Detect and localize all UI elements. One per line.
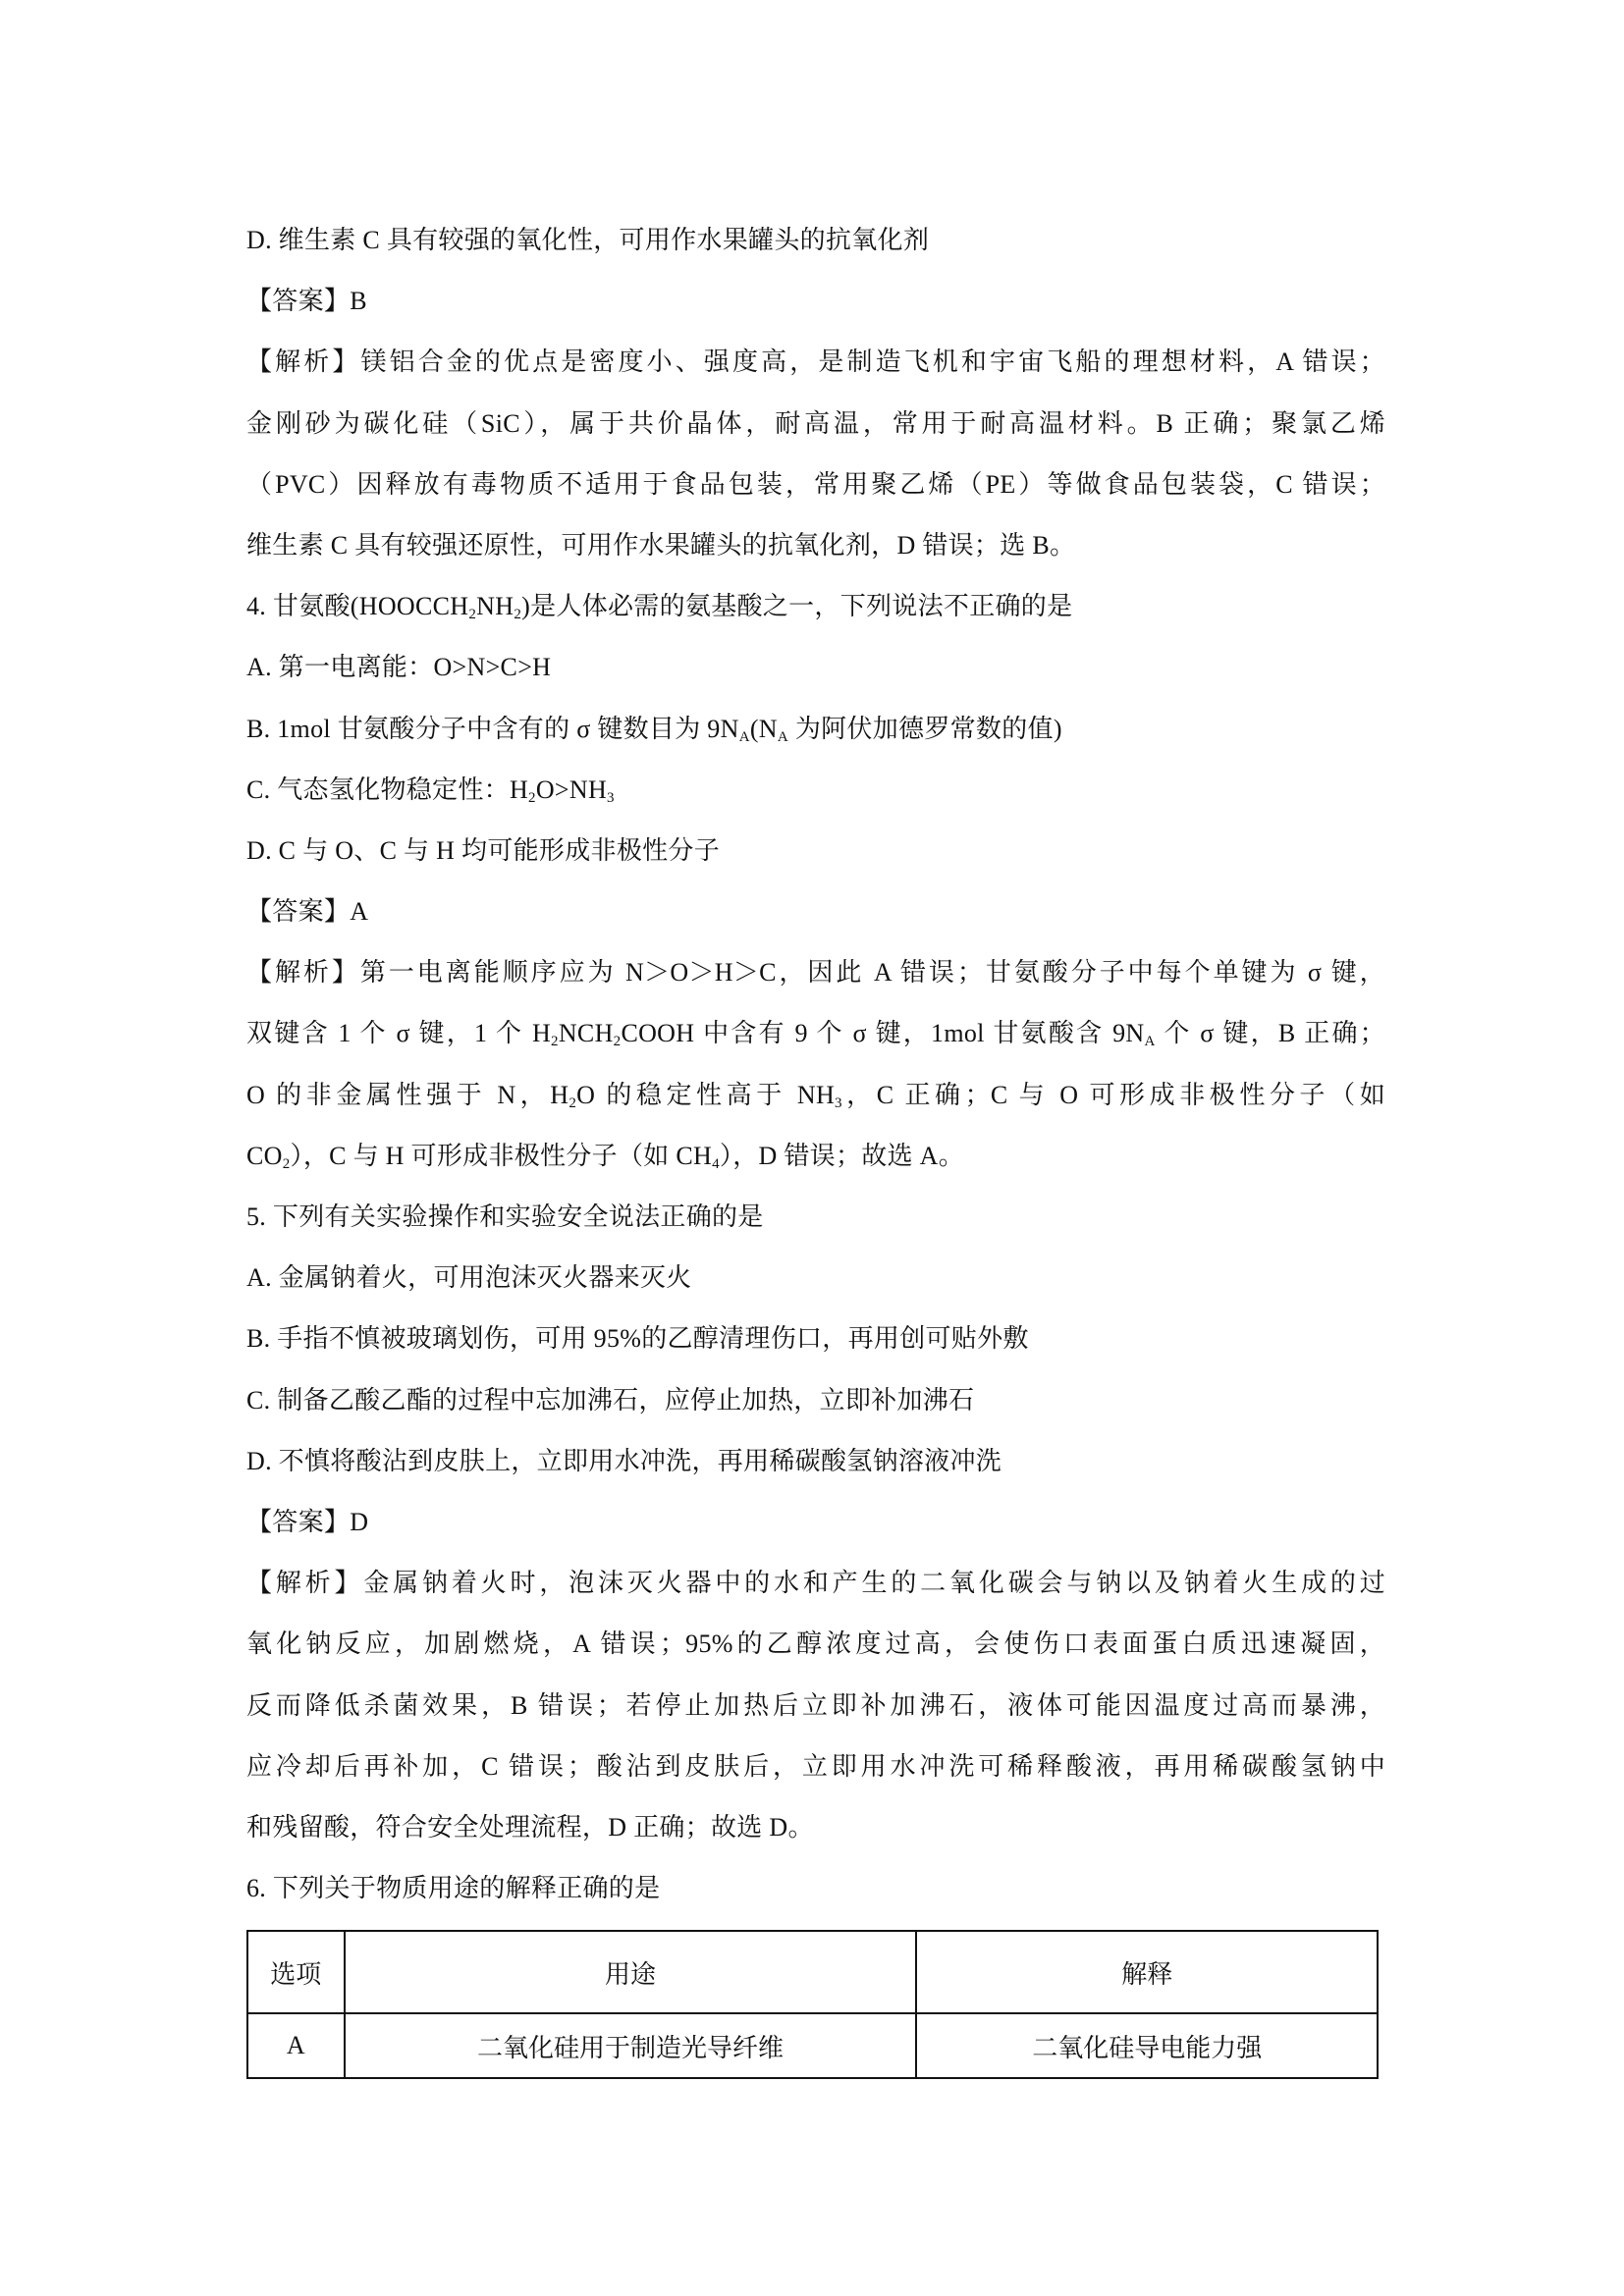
text-segment: 【答案】D [246,1508,368,1536]
text-segment: COOH 中含有 9 个 σ 键，1mol 甘氨酸含 9N [621,1019,1144,1047]
text-segment: NCH [559,1019,614,1047]
subscript: A [739,729,750,745]
text-segment: 【解析】金属钠着火时，泡沫灭火器中的水和产生的二氧化碳会与钠以及钠着火生成的过 [246,1569,1385,1597]
text-line: 【解析】镁铝合金的优点是密度小、强度高，是制造飞机和宇宙飞船的理想材料，A 错误… [246,332,1385,393]
text-line: C. 制备乙酸乙酯的过程中忘加沸石，应停止加热，立即补加沸石 [246,1370,1385,1431]
subscript: 3 [835,1095,842,1111]
text-segment: B. 手指不慎被玻璃划伤，可用 95%的乙醇清理伤口，再用创可贴外敷 [246,1324,1029,1353]
text-segment: 【解析】镁铝合金的优点是密度小、强度高，是制造飞机和宇宙飞船的理想材料，A 错误… [246,347,1385,376]
text-line: 【解析】第一电离能顺序应为 N＞O＞H＞C，因此 A 错误；甘氨酸分子中每个单键… [246,942,1385,1003]
subscript: 2 [568,1095,576,1111]
subscript: 2 [528,790,536,806]
text-segment: 应冷却后再补加，C 错误；酸沾到皮肤后，立即用水冲洗可稀释酸液，再用稀碳酸氢钠中 [246,1752,1385,1781]
text-segment: )是人体必需的氨基酸之一，下列说法不正确的是 [521,592,1072,620]
text-segment: NH [476,592,514,620]
subscript: 2 [468,607,476,622]
text-segment: CO [246,1142,283,1170]
text-line: 【答案】A [246,881,1385,942]
text-line: D. 维生素 C 具有较强的氧化性，可用作水果罐头的抗氧化剂 [246,210,1385,271]
subscript: 2 [514,607,521,622]
text-line: B. 手指不慎被玻璃划伤，可用 95%的乙醇清理伤口，再用创可贴外敷 [246,1308,1385,1369]
subscript: 3 [607,790,615,806]
text-line: D. C 与 O、C 与 H 均可能形成非极性分子 [246,821,1385,881]
text-line: 6. 下列关于物质用途的解释正确的是 [246,1858,1385,1919]
text-segment: O 的稳定性高于 NH [576,1081,835,1109]
cell-usage: 二氧化硅用于制造光导纤维 [345,2013,917,2078]
cell-explanation: 二氧化硅导电能力强 [916,2013,1378,2078]
header-option: 选项 [247,1931,345,2013]
text-segment: 维生素 C 具有较强还原性，可用作水果罐头的抗氧化剂，D 错误；选 B。 [246,531,1075,560]
text-segment: 反而降低杀菌效果，B 错误；若停止加热后立即补加沸石，液体可能因温度过高而暴沸， [246,1691,1385,1720]
text-segment: 4. 甘氨酸(HOOCCH [246,592,468,620]
cell-option: A [247,2013,345,2078]
text-line: CO2），C 与 H 可形成非极性分子（如 CH4），D 错误；故选 A。 [246,1126,1385,1187]
header-usage: 用途 [345,1931,917,2013]
text-segment: ，C 正确；C 与 O 可形成非极性分子（如 [842,1081,1385,1109]
subscript: 4 [712,1156,720,1172]
text-line: 4. 甘氨酸(HOOCCH2NH2)是人体必需的氨基酸之一，下列说法不正确的是 [246,576,1385,637]
text-line: O 的非金属性强于 N，H2O 的稳定性高于 NH3，C 正确；C 与 O 可形… [246,1065,1385,1126]
text-line: 反而降低杀菌效果，B 错误；若停止加热后立即补加沸石，液体可能因温度过高而暴沸， [246,1676,1385,1736]
subscript: 2 [283,1156,291,1172]
text-segment: 双键含 1 个 σ 键，1 个 H [246,1019,551,1047]
text-segment: A. 第一电离能：O>N>C>H [246,653,551,681]
text-segment: D. C 与 O、C 与 H 均可能形成非极性分子 [246,836,720,865]
header-explanation: 解释 [916,1931,1378,2013]
text-line: 【解析】金属钠着火时，泡沫灭火器中的水和产生的二氧化碳会与钠以及钠着火生成的过 [246,1553,1385,1614]
text-line: B. 1mol 甘氨酸分子中含有的 σ 键数目为 9NA(NA 为阿伏加德罗常数… [246,699,1385,760]
text-line: 【答案】B [246,271,1385,332]
table-header-row: 选项 用途 解释 [247,1931,1378,2013]
text-line: 5. 下列有关实验操作和实验安全说法正确的是 [246,1187,1385,1248]
text-line: 【答案】D [246,1492,1385,1553]
text-segment: (N [750,715,778,743]
text-segment: C. 制备乙酸乙酯的过程中忘加沸石，应停止加热，立即补加沸石 [246,1386,974,1415]
text-segment: D. 不慎将酸沾到皮肤上，立即用水冲洗，再用稀碳酸氢钠溶液冲洗 [246,1447,1001,1475]
text-line: 双键含 1 个 σ 键，1 个 H2NCH2COOH 中含有 9 个 σ 键，1… [246,1003,1385,1064]
text-line: 和残留酸，符合安全处理流程，D 正确；故选 D。 [246,1797,1385,1858]
subscript: 2 [551,1034,559,1049]
text-segment: C. 气态氢化物稳定性：H [246,775,528,804]
text-segment: 5. 下列有关实验操作和实验安全说法正确的是 [246,1202,764,1231]
document-body: D. 维生素 C 具有较强的氧化性，可用作水果罐头的抗氧化剂【答案】B【解析】镁… [246,210,1385,1919]
text-segment: B. 1mol 甘氨酸分子中含有的 σ 键数目为 9N [246,715,739,743]
text-line: A. 第一电离能：O>N>C>H [246,637,1385,698]
text-segment: 个 σ 键，B 正确； [1156,1019,1385,1047]
text-segment: O>NH [536,775,607,804]
text-segment: O 的非金属性强于 N，H [246,1081,568,1109]
text-segment: D. 维生素 C 具有较强的氧化性，可用作水果罐头的抗氧化剂 [246,226,929,254]
text-segment: 【答案】B [246,287,367,315]
text-segment: 6. 下列关于物质用途的解释正确的是 [246,1874,660,1902]
text-segment: （PVC）因释放有毒物质不适用于食品包装，常用聚乙烯（PE）等做食品包装袋，C … [246,470,1385,499]
text-segment: ），C 与 H 可形成非极性分子（如 CH [291,1142,713,1170]
text-segment: 【解析】第一电离能顺序应为 N＞O＞H＞C，因此 A 错误；甘氨酸分子中每个单键… [246,958,1385,987]
text-line: 应冷却后再补加，C 错误；酸沾到皮肤后，立即用水冲洗可稀释酸液，再用稀碳酸氢钠中 [246,1736,1385,1797]
text-line: （PVC）因释放有毒物质不适用于食品包装，常用聚乙烯（PE）等做食品包装袋，C … [246,454,1385,515]
text-segment: ），D 错误；故选 A。 [720,1142,964,1170]
text-segment: 和残留酸，符合安全处理流程，D 正确；故选 D。 [246,1813,814,1842]
text-line: 氧化钠反应，加剧燃烧，A 错误；95%的乙醇浓度过高，会使伤口表面蛋白质迅速凝固… [246,1614,1385,1675]
text-segment: 氧化钠反应，加剧燃烧，A 错误；95%的乙醇浓度过高，会使伤口表面蛋白质迅速凝固… [246,1629,1385,1658]
subscript: A [1144,1034,1155,1049]
table-row: A 二氧化硅用于制造光导纤维 二氧化硅导电能力强 [247,2013,1378,2078]
text-line: C. 气态氢化物稳定性：H2O>NH3 [246,760,1385,821]
text-segment: 【答案】A [246,897,368,926]
text-line: A. 金属钠着火，可用泡沫灭火器来灭火 [246,1248,1385,1308]
text-line: 维生素 C 具有较强还原性，可用作水果罐头的抗氧化剂，D 错误；选 B。 [246,515,1385,576]
text-segment: 金刚砂为碳化硅（SiC），属于共价晶体，耐高温，常用于耐高温材料。B 正确；聚氯… [246,409,1385,438]
question-6-table: 选项 用途 解释 A 二氧化硅用于制造光导纤维 二氧化硅导电能力强 [246,1930,1379,2079]
subscript: A [778,729,788,745]
text-line: D. 不慎将酸沾到皮肤上，立即用水冲洗，再用稀碳酸氢钠溶液冲洗 [246,1431,1385,1492]
text-segment: 为阿伏加德罗常数的值) [788,715,1062,743]
text-line: 金刚砂为碳化硅（SiC），属于共价晶体，耐高温，常用于耐高温材料。B 正确；聚氯… [246,394,1385,454]
text-segment: A. 金属钠着火，可用泡沫灭火器来灭火 [246,1263,691,1292]
